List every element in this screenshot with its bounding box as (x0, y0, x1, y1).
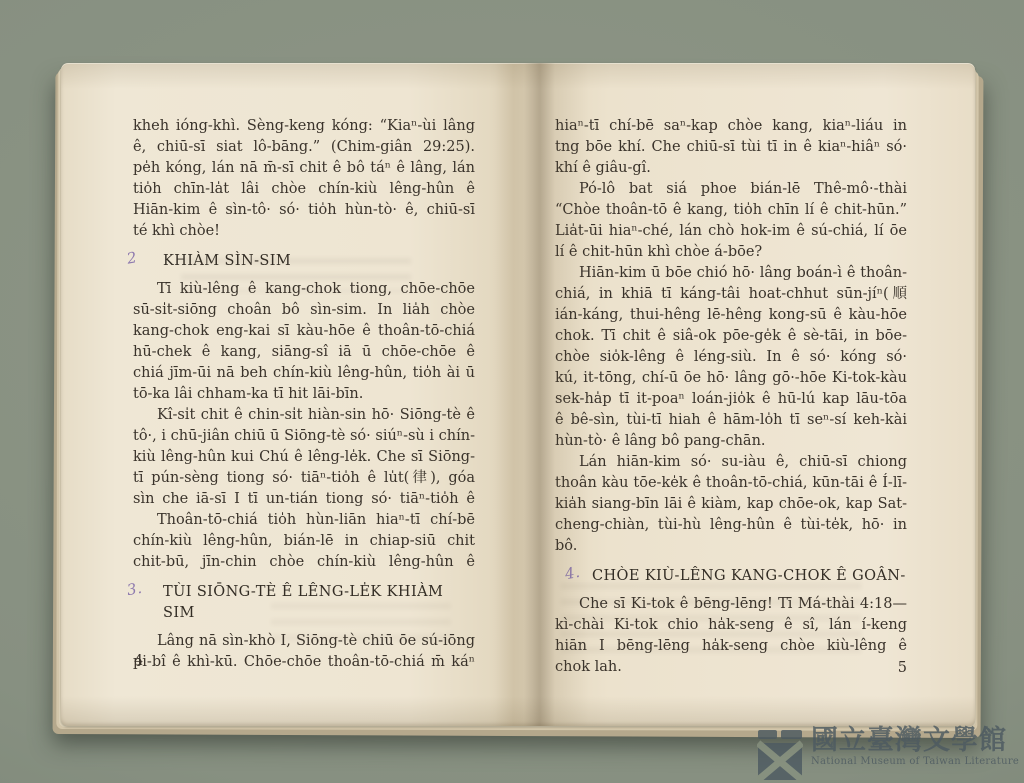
text-line: kiù lêng-hûn kui Chú ê lêng-le̍k. Che sī… (133, 447, 475, 468)
text-line: tō-ka lâi chham-ka tī hit lāi-bīn. (133, 384, 475, 405)
text-line: Lâng nā sìn-khò I, Siōng-tè chiū ōe sú-i… (133, 631, 475, 652)
watermark-chinese-title: 國立臺灣文學館 (811, 726, 1019, 756)
section-heading: 3.TÙI SIŌNG-TÈ Ê LÊNG-LE̍K KHIÀM SÌN-SIM (133, 582, 475, 624)
text-line: Hiān-kim ū bōe chió hō· lâng boán-ì ê th… (555, 263, 907, 284)
text-line: kia̍h siang-bīn lāi ê kiàm, kap chōe-ok,… (555, 494, 907, 515)
handwritten-section-number: 2 (125, 247, 138, 269)
open-book: kheh ióng-khì. Sèng-keng kóng: “Kiaⁿ-ùi … (61, 63, 975, 726)
text-line: chit-bū, jīn-chin chòe chín-kiù lêng-hûn… (133, 552, 475, 573)
text-line: chòe sio̍k-lêng ê léng-siù. In ê só· kón… (555, 347, 907, 368)
text-line: pe̍h kóng, lán nā m̄-sī chit ê bô táⁿ ê … (133, 158, 475, 179)
paragraph: Thoân-tō-chiá tio̍h hùn-liān hiaⁿ-tī chí… (133, 510, 475, 573)
heading-line: SIM (163, 603, 475, 624)
page-number-left: 4 (134, 653, 143, 669)
paragraph: Hiān-kim ū bōe chió hō· lâng boán-ì ê th… (555, 263, 907, 452)
paragraph: Lâng nā sìn-khò I, Siōng-tè chiū ōe sú-i… (133, 631, 475, 673)
text-line: thoân kàu tōe-ke̍k ê thoân-tō-chiá, kūn-… (555, 473, 907, 494)
text-line: hiān I bēng-lēng ha̍k-seng chòe kiù-lêng… (555, 636, 907, 657)
text-line: tô·, i chū-jiân chiū ū Siōng-tè só· siúⁿ… (133, 426, 475, 447)
text-line: bô. (555, 536, 907, 557)
heading-line: TÙI SIŌNG-TÈ Ê LÊNG-LE̍K KHIÀM SÌN- (163, 582, 475, 603)
text-line: kheh ióng-khì. Sèng-keng kóng: “Kiaⁿ-ùi … (133, 116, 475, 137)
handwritten-section-number: 3. (125, 578, 144, 601)
text-line: “Chòe thoân-tō ê kang, tio̍h chīn lí ê c… (555, 200, 907, 221)
text-line: Pó-lô bat siá phoe bián-lē Thê-mô·-thài … (555, 179, 907, 200)
text-line: ián-káng, thui-hêng lē-hêng kong-sū ê kà… (555, 305, 907, 326)
right-page-text: hiaⁿ-tī chí-bē saⁿ-kap chòe kang, kiaⁿ-l… (555, 116, 907, 678)
text-line: chok. Tī chit ê siâ-ok pōe-ge̍k ê sè-tāi… (555, 326, 907, 347)
text-line: Thoân-tō-chiá tio̍h hùn-liān hiaⁿ-tī chí… (133, 510, 475, 531)
text-line: Kî-si̍t chit ê chin-si̍t hiàn-sin hō· Si… (133, 405, 475, 426)
page-top-shading (61, 63, 975, 89)
text-line: chiá jīm-ūi nā beh chín-kiù lêng-hûn, ti… (133, 363, 475, 384)
text-line: Che sī Ki-tok ê bēng-lēng! Tī Má-thài 4:… (555, 594, 907, 615)
text-line: tī pún-sèng tiong só· tiāⁿ-tio̍h ê lu̍t(… (133, 468, 475, 489)
text-line: tng bōe khí. Che chiū-sī tùi tī in ê kia… (555, 137, 907, 158)
text-line: ê, chiū-sī siat lô-bāng.” (Chim-giân 29:… (133, 137, 475, 158)
section-heading: 4.CHÒE KIÙ-LÊNG KANG-CHOK Ê GOÂN-IN (555, 566, 907, 587)
text-line: kú, it-tōng, chí-ū ōe hō· lâng gō·-hōe K… (555, 368, 907, 389)
text-line: chiá, in khiā tī káng-tâi hoat-chhut sūn… (555, 284, 907, 305)
text-line: Lia̍t-ūi hiaⁿ-ché, lán chò hok-im ê sú-c… (555, 221, 907, 242)
handwritten-section-number: 4. (563, 562, 582, 585)
nmtl-logo-icon (757, 730, 803, 782)
heading-line: CHÒE KIÙ-LÊNG KANG-CHOK Ê GOÂN-IN (592, 566, 907, 587)
text-line: sek-ha̍p tī it-poaⁿ loán-jio̍k ê hū-lú k… (555, 389, 907, 410)
text-line: Hiān-kim ê sìn-tô· só· tio̍h hùn-tò· ê, … (133, 200, 475, 221)
watermark-english-title: National Museum of Taiwan Literature (811, 756, 1019, 768)
text-line: cheng-chiàn, tùi-hù lêng-hûn ê tùi-te̍k,… (555, 515, 907, 536)
paragraph: hiaⁿ-tī chí-bē saⁿ-kap chòe kang, kiaⁿ-l… (555, 116, 907, 179)
text-line: té khì chòe! (133, 221, 475, 242)
text-line: Lán hiān-kim só· su-iàu ê, chiū-sī chion… (555, 452, 907, 473)
paragraph: Tī kiù-lêng ê kang-chok tiong, chōe-chōe… (133, 279, 475, 405)
left-page-text: kheh ióng-khì. Sèng-keng kóng: “Kiaⁿ-ùi … (133, 116, 475, 673)
paragraph: kheh ióng-khì. Sèng-keng kóng: “Kiaⁿ-ùi … (133, 116, 475, 242)
text-line: kì-chài Ki-tok chio ha̍k-seng ê sî, lán … (555, 615, 907, 636)
text-line: sìn che iā-sī I tī un-tián tiong só· tiā… (133, 489, 475, 510)
page-bottom-shading (61, 696, 975, 726)
museum-watermark: 國立臺灣文學館 National Museum of Taiwan Litera… (757, 726, 1019, 782)
photo-backdrop: kheh ióng-khì. Sèng-keng kóng: “Kiaⁿ-ùi … (0, 0, 1024, 783)
text-line: hùn-tò· ê lâng bô pang-chān. (555, 431, 907, 452)
text-line: tio̍h chīn-la̍t lâi chòe chín-kiù lêng-h… (133, 179, 475, 200)
text-line: lí ê chit-hūn khì chòe á-bōe? (555, 242, 907, 263)
text-line: chín-kiù lêng-hûn, bián-lē in chiap-siū … (133, 531, 475, 552)
paragraph: Lán hiān-kim só· su-iàu ê, chiū-sī chion… (555, 452, 907, 557)
text-line: khí ê giâu-gî. (555, 158, 907, 179)
page-number-right: 5 (827, 660, 907, 676)
text-line: hiaⁿ-tī chí-bē saⁿ-kap chòe kang, kiaⁿ-l… (555, 116, 907, 137)
text-line: hū-chek ê kang, siāng-sî iā ū chōe-chōe … (133, 342, 475, 363)
text-line: kang-chok eng-kai sī kàu-hōe ê thoân-tō-… (133, 321, 475, 342)
paragraph: Kî-si̍t chit ê chin-si̍t hiàn-sin hō· Si… (133, 405, 475, 510)
paragraph: Pó-lô bat siá phoe bián-lē Thê-mô·-thài … (555, 179, 907, 263)
text-line: ê bê-sìn, tùi-tī hiah ê hām-lo̍h tī seⁿ-… (555, 410, 907, 431)
text-line: Tī kiù-lêng ê kang-chok tiong, chōe-chōe… (133, 279, 475, 300)
text-line: sū-si̍t-siōng choân bô sìn-sim. In lia̍h… (133, 300, 475, 321)
text-line: pi-bî ê khì-kū. Chōe-chōe thoân-tō-chiá … (133, 652, 475, 673)
section-heading: 2KHIÀM SÌN-SIM (133, 251, 475, 272)
heading-line: KHIÀM SÌN-SIM (163, 251, 475, 272)
